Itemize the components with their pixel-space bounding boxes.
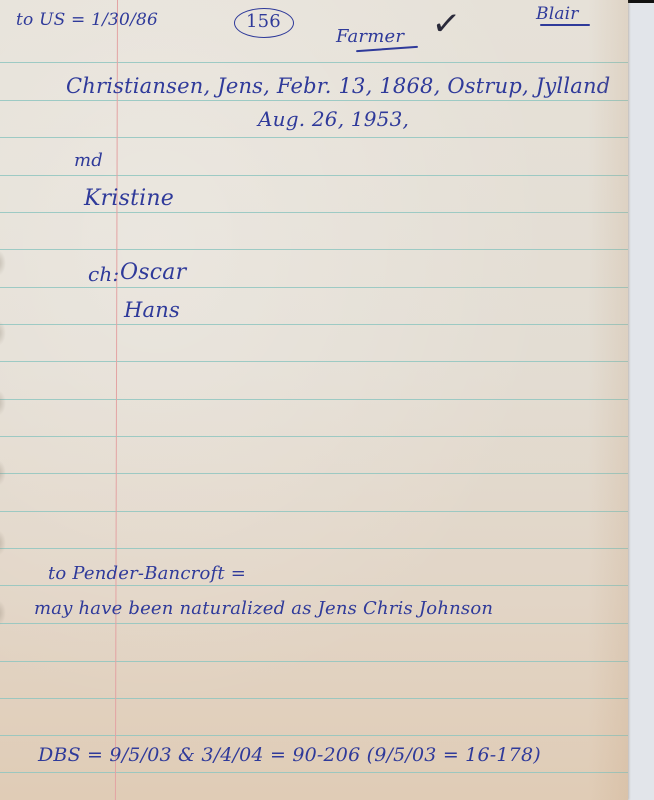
child-name: Hans	[124, 298, 180, 322]
ruled-line	[0, 287, 628, 288]
children-label: ch:	[88, 262, 119, 286]
dbs-reference: DBS = 9/5/03 & 3/4/04 = 90-206 (9/5/03 =…	[38, 744, 541, 766]
ruled-line	[0, 548, 628, 549]
ruled-line	[0, 473, 628, 474]
margin-line	[115, 0, 118, 800]
torn-edge	[0, 250, 6, 276]
check-mark-icon: ✓	[430, 3, 463, 46]
torn-edge	[0, 320, 6, 346]
ruled-line	[0, 436, 628, 437]
ruled-line	[0, 511, 628, 512]
ruled-line	[0, 361, 628, 362]
spouse-name: Kristine	[84, 186, 174, 211]
ruled-line	[0, 698, 628, 699]
ruled-line	[0, 175, 628, 176]
ruled-line	[0, 100, 628, 101]
ruled-line	[0, 324, 628, 325]
ruled-line	[0, 661, 628, 662]
torn-edge	[0, 600, 6, 626]
scanner-edge	[628, 0, 654, 3]
ruled-line	[0, 212, 628, 213]
note-naturalization: may have been naturalized as Jens Chris …	[34, 598, 493, 619]
torn-edge	[0, 390, 6, 416]
location: Blair	[536, 4, 579, 24]
location-underline	[540, 24, 590, 26]
spouse-label: md	[74, 150, 103, 171]
ruled-line	[0, 249, 628, 250]
child-name: Oscar	[120, 260, 186, 285]
entry-death-date: Aug. 26, 1953,	[258, 107, 409, 131]
notebook-page: to US = 1/30/86 156 Farmer ✓ Blair Chris…	[0, 0, 628, 800]
ruled-line	[0, 399, 628, 400]
torn-edge	[0, 530, 6, 556]
entry-name-birth: Christiansen, Jens, Febr. 13, 1868, Ostr…	[66, 74, 610, 98]
record-number: 156	[246, 11, 281, 32]
ruled-line	[0, 137, 628, 138]
ruled-line	[0, 62, 628, 63]
torn-edge	[0, 460, 6, 486]
occupation: Farmer	[336, 26, 404, 47]
ruled-line	[0, 623, 628, 624]
ruled-line	[0, 735, 628, 736]
note-residence: to Pender-Bancroft =	[48, 563, 246, 584]
ruled-line	[0, 585, 628, 586]
arrival-date: to US = 1/30/86	[16, 10, 158, 30]
ruled-line	[0, 772, 628, 773]
